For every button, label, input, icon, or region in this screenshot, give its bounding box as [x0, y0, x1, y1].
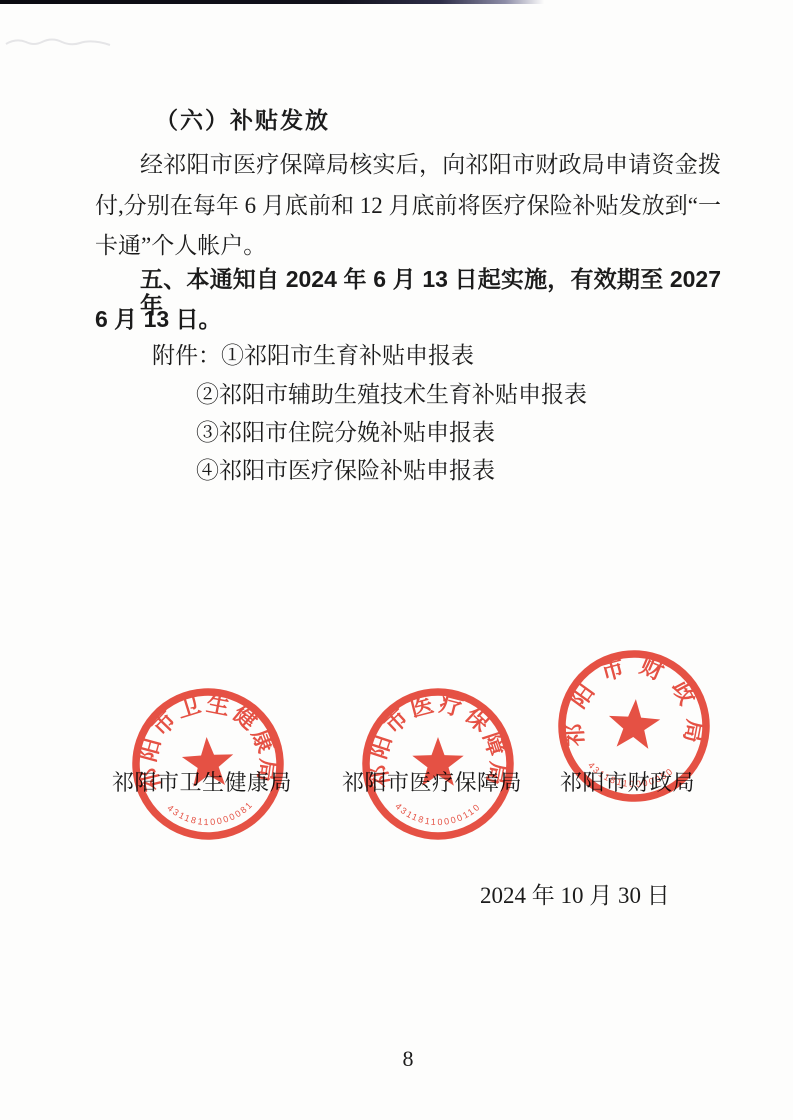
- attachment-item: ④祁阳市医疗保险补贴申报表: [196, 458, 495, 484]
- page-number: 8: [373, 1046, 443, 1072]
- seal-code-arc: 43118110000110: [393, 801, 483, 827]
- clause-line: 五、本通知自 2024 年 6 月 13 日起实施，有效期至 2027 年: [140, 266, 721, 318]
- document-page: （六）补贴发放 经祁阳市医疗保障局核实后，向祁阳市财政局申请资金拨 付,分别在每…: [0, 0, 793, 1120]
- paragraph-line: 卡通”个人帐户。: [95, 233, 266, 259]
- attachment-item: ①祁阳市生育补贴申报表: [221, 343, 474, 368]
- attachments-label: 附件：: [152, 343, 221, 368]
- document-date: 2024 年 10 月 30 日: [480, 877, 670, 910]
- signatory-finance-bureau: 祁阳市财政局: [560, 766, 695, 797]
- official-seal-health-commission: 祁阳市卫生健康局 43118110000081: [124, 680, 292, 848]
- scan-edge-artifact: [0, 0, 648, 4]
- official-seal-medical-security-bureau: 祁阳市医疗保障局 43118110000110: [358, 684, 518, 844]
- attachments-line-1: 附件：①祁阳市生育补贴申报表: [152, 343, 474, 369]
- paragraph-line: 付,分别在每年 6 月底前和 12 月底前将医疗保险补贴发放到“一: [95, 193, 721, 219]
- scan-artifact: [4, 30, 114, 60]
- seal-star-icon: [607, 697, 662, 749]
- clause-line: 6 月 13 日。: [95, 306, 222, 332]
- attachment-item: ③祁阳市住院分娩补贴申报表: [196, 420, 495, 446]
- attachment-item: ②祁阳市辅助生殖技术生育补贴申报表: [196, 382, 587, 408]
- paragraph-line: 经祁阳市医疗保障局核实后，向祁阳市财政局申请资金拨: [140, 152, 721, 178]
- svg-text:43118110000110: 43118110000110: [393, 801, 483, 827]
- signatory-health-commission: 祁阳市卫生健康局: [112, 766, 292, 797]
- section-heading: （六）补贴发放: [155, 108, 330, 134]
- signatory-medical-security-bureau: 祁阳市医疗保障局: [342, 766, 522, 797]
